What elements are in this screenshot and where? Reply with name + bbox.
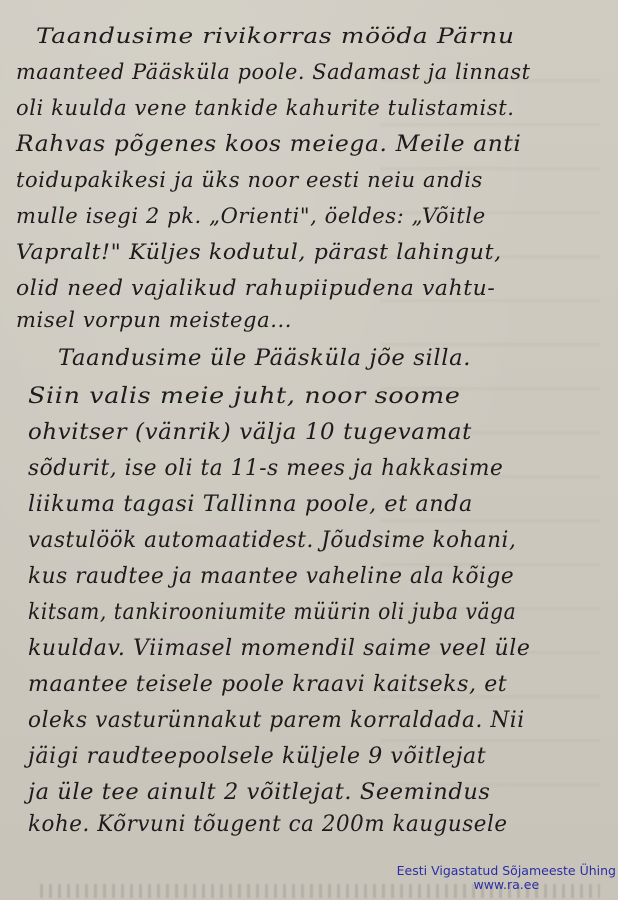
handwritten-line: oleks vasturünnakut parem korraldada. Ni… bbox=[28, 708, 525, 733]
handwritten-line: oli kuulda vene tankide kahurite tulista… bbox=[16, 96, 515, 120]
handwritten-line: kuuldav. Viimasel momendil saime veel ül… bbox=[28, 636, 531, 661]
handwritten-line: Taandusime üle Pääsküla jõe silla. bbox=[58, 346, 471, 371]
handwritten-line: misel vorpun meistega... bbox=[16, 308, 292, 332]
handwritten-line: jäigi raudteepoolsele küljele 9 võitleja… bbox=[28, 744, 486, 769]
handwritten-line: mulle isegi 2 pk. „Orienti", öeldes: „Võ… bbox=[16, 204, 486, 228]
handwritten-line: kitsam, tankirooniumite müürin oli juba … bbox=[28, 600, 516, 625]
handwritten-line: maanteed Pääsküla poole. Sadamast ja lin… bbox=[16, 60, 531, 84]
handwritten-line: liikuma tagasi Tallinna poole, et anda bbox=[28, 492, 473, 517]
handwritten-line: toidupakikesi ja üks noor eesti neiu and… bbox=[16, 168, 483, 192]
handwritten-line: Rahvas põgenes koos meiega. Meile anti bbox=[16, 132, 522, 157]
handwritten-line: maantee teisele poole kraavi kaitseks, e… bbox=[28, 672, 507, 697]
watermark-org: Eesti Vigastatud Sõjameeste Ühing bbox=[397, 863, 616, 878]
handwritten-line: ohvitser (vänrik) välja 10 tugevamat bbox=[28, 420, 472, 445]
handwritten-line: Taandusime rivikorras mööda Pärnu bbox=[36, 24, 515, 48]
handwritten-line: kus raudtee ja maantee vaheline ala kõig… bbox=[28, 564, 514, 589]
handwritten-line: Siin valis meie juht, noor soome bbox=[28, 384, 461, 409]
watermark-url: www.ra.ee bbox=[397, 878, 616, 892]
archive-watermark: Eesti Vigastatud Sõjameeste Ühing www.ra… bbox=[397, 864, 616, 892]
manuscript-page: Taandusime rivikorras mööda Pärnu maante… bbox=[0, 0, 618, 900]
handwritten-line: olid need vajalikud rahupiipudena vahtu- bbox=[16, 276, 495, 300]
handwritten-line: Vapralt!" Küljes kodutul, pärast lahingu… bbox=[16, 240, 502, 264]
handwritten-line: kohe. Kõrvuni tõugent ca 200m kaugusele bbox=[28, 812, 508, 837]
handwritten-line: vastulöök automaatidest. Jõudsime kohani… bbox=[28, 528, 516, 553]
handwritten-line: ja üle tee ainult 2 võitlejat. Seemindus bbox=[28, 780, 491, 805]
handwritten-line: sõdurit, ise oli ta 11-s mees ja hakkasi… bbox=[28, 456, 503, 481]
